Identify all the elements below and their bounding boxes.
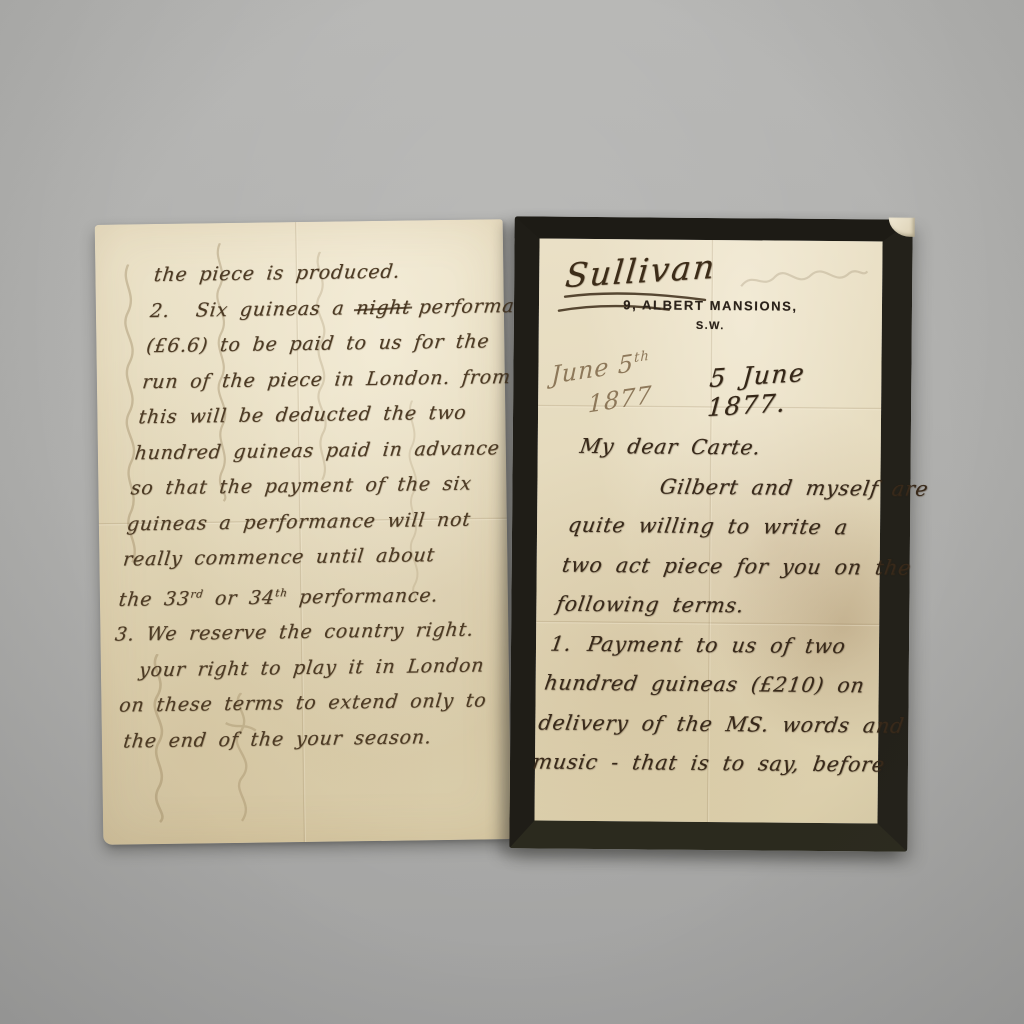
handwriting-segment: Six guineas a — [195, 297, 358, 321]
handwriting-segment: the piece is produced. — [153, 261, 402, 286]
handwriting-segment: 1. — [549, 631, 574, 655]
handwritten-line: hundred guineas paid in advance — [133, 431, 501, 472]
handwriting-segment: 2. — [149, 299, 171, 321]
handwritten-line: hundred guineas (£210) on — [542, 664, 865, 706]
handwriting-segment: hundred guineas paid in advance — [134, 437, 501, 464]
handwriting-segment: two act piece for you on the — [561, 552, 914, 579]
handwriting-segment: delivery of the MS. words and — [537, 710, 906, 737]
handwritten-line: so that the payment of the six — [129, 466, 497, 507]
handwritten-line: on these terms to extend only to — [105, 684, 473, 725]
handwritten-line: quite willing to write a — [565, 506, 888, 548]
handwritten-line: 2.Six guineas a nightperformance — [148, 289, 516, 330]
handwritten-line: run of the piece in London. from — [140, 360, 508, 401]
handwritten-line: following terms. — [553, 585, 876, 627]
handwriting-segment: this will be deducted the two — [137, 402, 467, 429]
handwriting-segment: Payment to us of two — [586, 631, 848, 657]
handwritten-line: the piece is produced. — [152, 253, 520, 294]
handwriting-segment: run of the piece in London. from — [141, 366, 512, 393]
handwriting-segment: Gilbert and myself are — [658, 474, 930, 500]
handwriting-segment: quite willing to write a — [566, 513, 849, 539]
handwritten-line: 3. We reserve the country right. — [113, 613, 481, 654]
handwriting-segment: (£6.6) to be paid to us for the — [145, 330, 491, 357]
handwriting-segment: so that the payment of the six — [130, 473, 473, 500]
handwriting-segment: 3. We reserve the country right. — [114, 619, 475, 646]
handwriting-segment: hundred guineas (£210) on — [543, 671, 867, 698]
handwritten-line: guineas a performance will not — [125, 502, 493, 543]
right-letter-page-mourning-border: Sullivan 9, ALBERT MANSIONS, S.W. June 5… — [509, 216, 913, 851]
sullivan-signature: Sullivan — [564, 247, 719, 296]
printed-letterhead: 9, ALBERT MANSIONS, S.W. — [539, 296, 882, 333]
handwriting-segment: the 33 — [118, 587, 192, 610]
handwriting-segment: guineas a performance will not — [126, 508, 472, 535]
handwriting-segment: 1877 — [588, 380, 653, 418]
pencil-date: June 5th1877 — [550, 339, 654, 427]
handwritten-line: (£6.6) to be paid to us for the — [144, 324, 512, 365]
ink-date: 5 June 1877. — [706, 353, 883, 422]
letterhead-district: S.W. — [539, 318, 882, 333]
right-page-handwriting: My dear Carte.Gilbert and myself arequit… — [530, 427, 900, 785]
handwriting-segment: night — [355, 296, 412, 319]
handwritten-line: the end of the your season. — [101, 720, 469, 761]
left-letter-page: the piece is produced.2.Six guineas a ni… — [95, 219, 512, 845]
left-page-handwriting: the piece is produced.2.Six guineas a ni… — [101, 253, 520, 760]
handwritten-line: 1.Payment to us of two — [548, 624, 871, 666]
handwriting-segment: really commence until about — [122, 544, 436, 570]
handwritten-line: music - that is to say, before — [530, 742, 853, 784]
handwritten-line: the 33rd or 34th performance. — [117, 573, 485, 618]
handwriting-segment: the end of the your season. — [122, 726, 433, 752]
handwritten-line: delivery of the MS. words and — [536, 703, 859, 745]
handwriting-segment: My dear Carte. — [578, 434, 762, 460]
handwriting-segment: your right to play it in London — [138, 654, 486, 681]
handwriting-segment: th — [634, 349, 650, 367]
handwriting-segment: or 34 — [202, 586, 276, 609]
handwriting-segment: music - that is to say, before — [531, 749, 887, 776]
handwritten-line: your right to play it in London — [109, 648, 477, 689]
handwriting-segment: following terms. — [555, 592, 746, 618]
handwriting-segment: performance. — [286, 584, 439, 608]
photograph-of-letter: the piece is produced.2.Six guineas a ni… — [0, 0, 1024, 1024]
torn-corner — [889, 218, 915, 237]
letterhead-address: 9, ALBERT MANSIONS, — [539, 296, 882, 314]
handwritten-line: this will be deducted the two — [137, 395, 505, 436]
handwritten-line: My dear Carte. — [577, 427, 900, 469]
pencil-scrawl-mark — [739, 258, 869, 299]
handwritten-line: Gilbert and myself are — [571, 466, 894, 508]
handwritten-line: two act piece for you on the — [559, 545, 882, 587]
handwriting-segment: on these terms to extend only to — [118, 690, 488, 717]
handwritten-line: really commence until about — [121, 537, 489, 578]
